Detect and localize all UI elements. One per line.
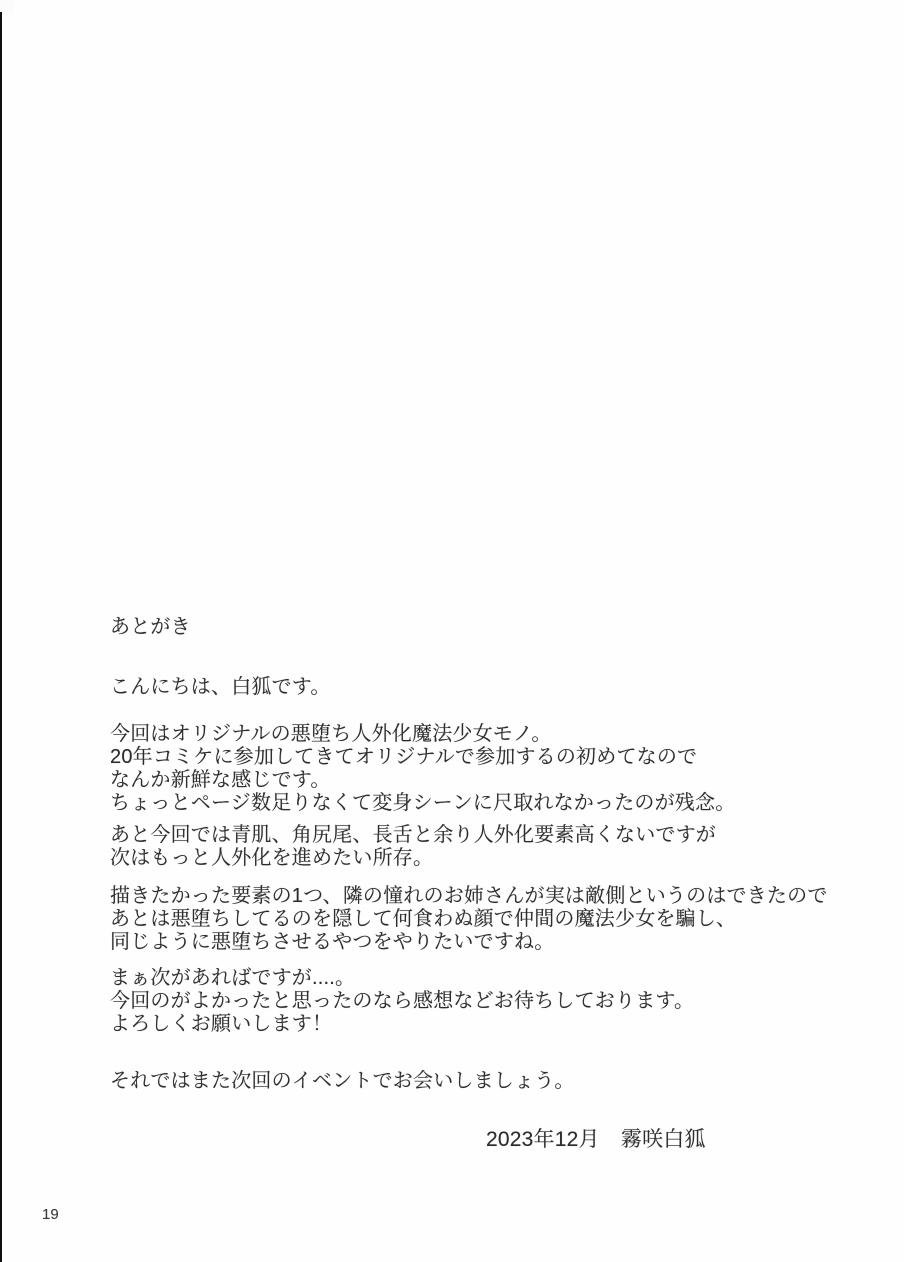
paragraph-next-time: まぁ次があればですが....。 今回のがよかったと思ったのなら感想などお待ちして…: [110, 967, 694, 1036]
afterword-page: あとがき こんにちは、白狐です。 今回はオリジナルの悪堕ち人外化魔法少女モノ。 …: [0, 0, 904, 1262]
text-line: よろしくお願いします！: [110, 1013, 694, 1036]
page-number: 19: [42, 1206, 59, 1223]
text-line: なんか新鮮な感じです。: [110, 769, 735, 792]
text-line: 次はもっと人外化を進めたい所存。: [110, 847, 716, 870]
closing-line: それではまた次回のイベントでお会いしましょう。: [110, 1070, 575, 1093]
top-left-corner-notch: [0, 0, 14, 12]
left-edge-border: [0, 0, 2, 1262]
greeting-line: こんにちは、白狐です。: [110, 676, 331, 699]
text-line: 今回のがよかったと思ったのなら感想などお待ちしております。: [110, 990, 694, 1013]
text-line: ちょっとページ数足りなくて変身シーンに尺取れなかったのが残念。: [110, 792, 735, 815]
date-signature: 2023年12月 霧咲白狐: [486, 1128, 706, 1151]
text-line: 同じように悪堕ちさせるやつをやりたいですね。: [110, 931, 828, 954]
text-line: あと今回では青肌、角尻尾、長舌と余り人外化要素高くないですが: [110, 824, 716, 847]
afterword-heading: あとがき: [110, 616, 191, 639]
paragraph-elements: 描きたかった要素の1つ、隣の憧れのお姉さんが実は敵側というのはできたので あとは…: [110, 885, 828, 954]
text-line: 今回はオリジナルの悪堕ち人外化魔法少女モノ。: [110, 723, 735, 746]
paragraph-features: あと今回では青肌、角尻尾、長舌と余り人外化要素高くないですが 次はもっと人外化を…: [110, 824, 716, 870]
text-line: まぁ次があればですが....。: [110, 967, 694, 990]
text-line: 20年コミケに参加してきてオリジナルで参加するの初めてなので: [110, 746, 735, 769]
text-line: 描きたかった要素の1つ、隣の憧れのお姉さんが実は敵側というのはできたので: [110, 885, 828, 908]
paragraph-intro: 今回はオリジナルの悪堕ち人外化魔法少女モノ。 20年コミケに参加してきてオリジナ…: [110, 723, 735, 815]
text-line: あとは悪堕ちしてるのを隠して何食わぬ顔で仲間の魔法少女を騙し、: [110, 908, 828, 931]
